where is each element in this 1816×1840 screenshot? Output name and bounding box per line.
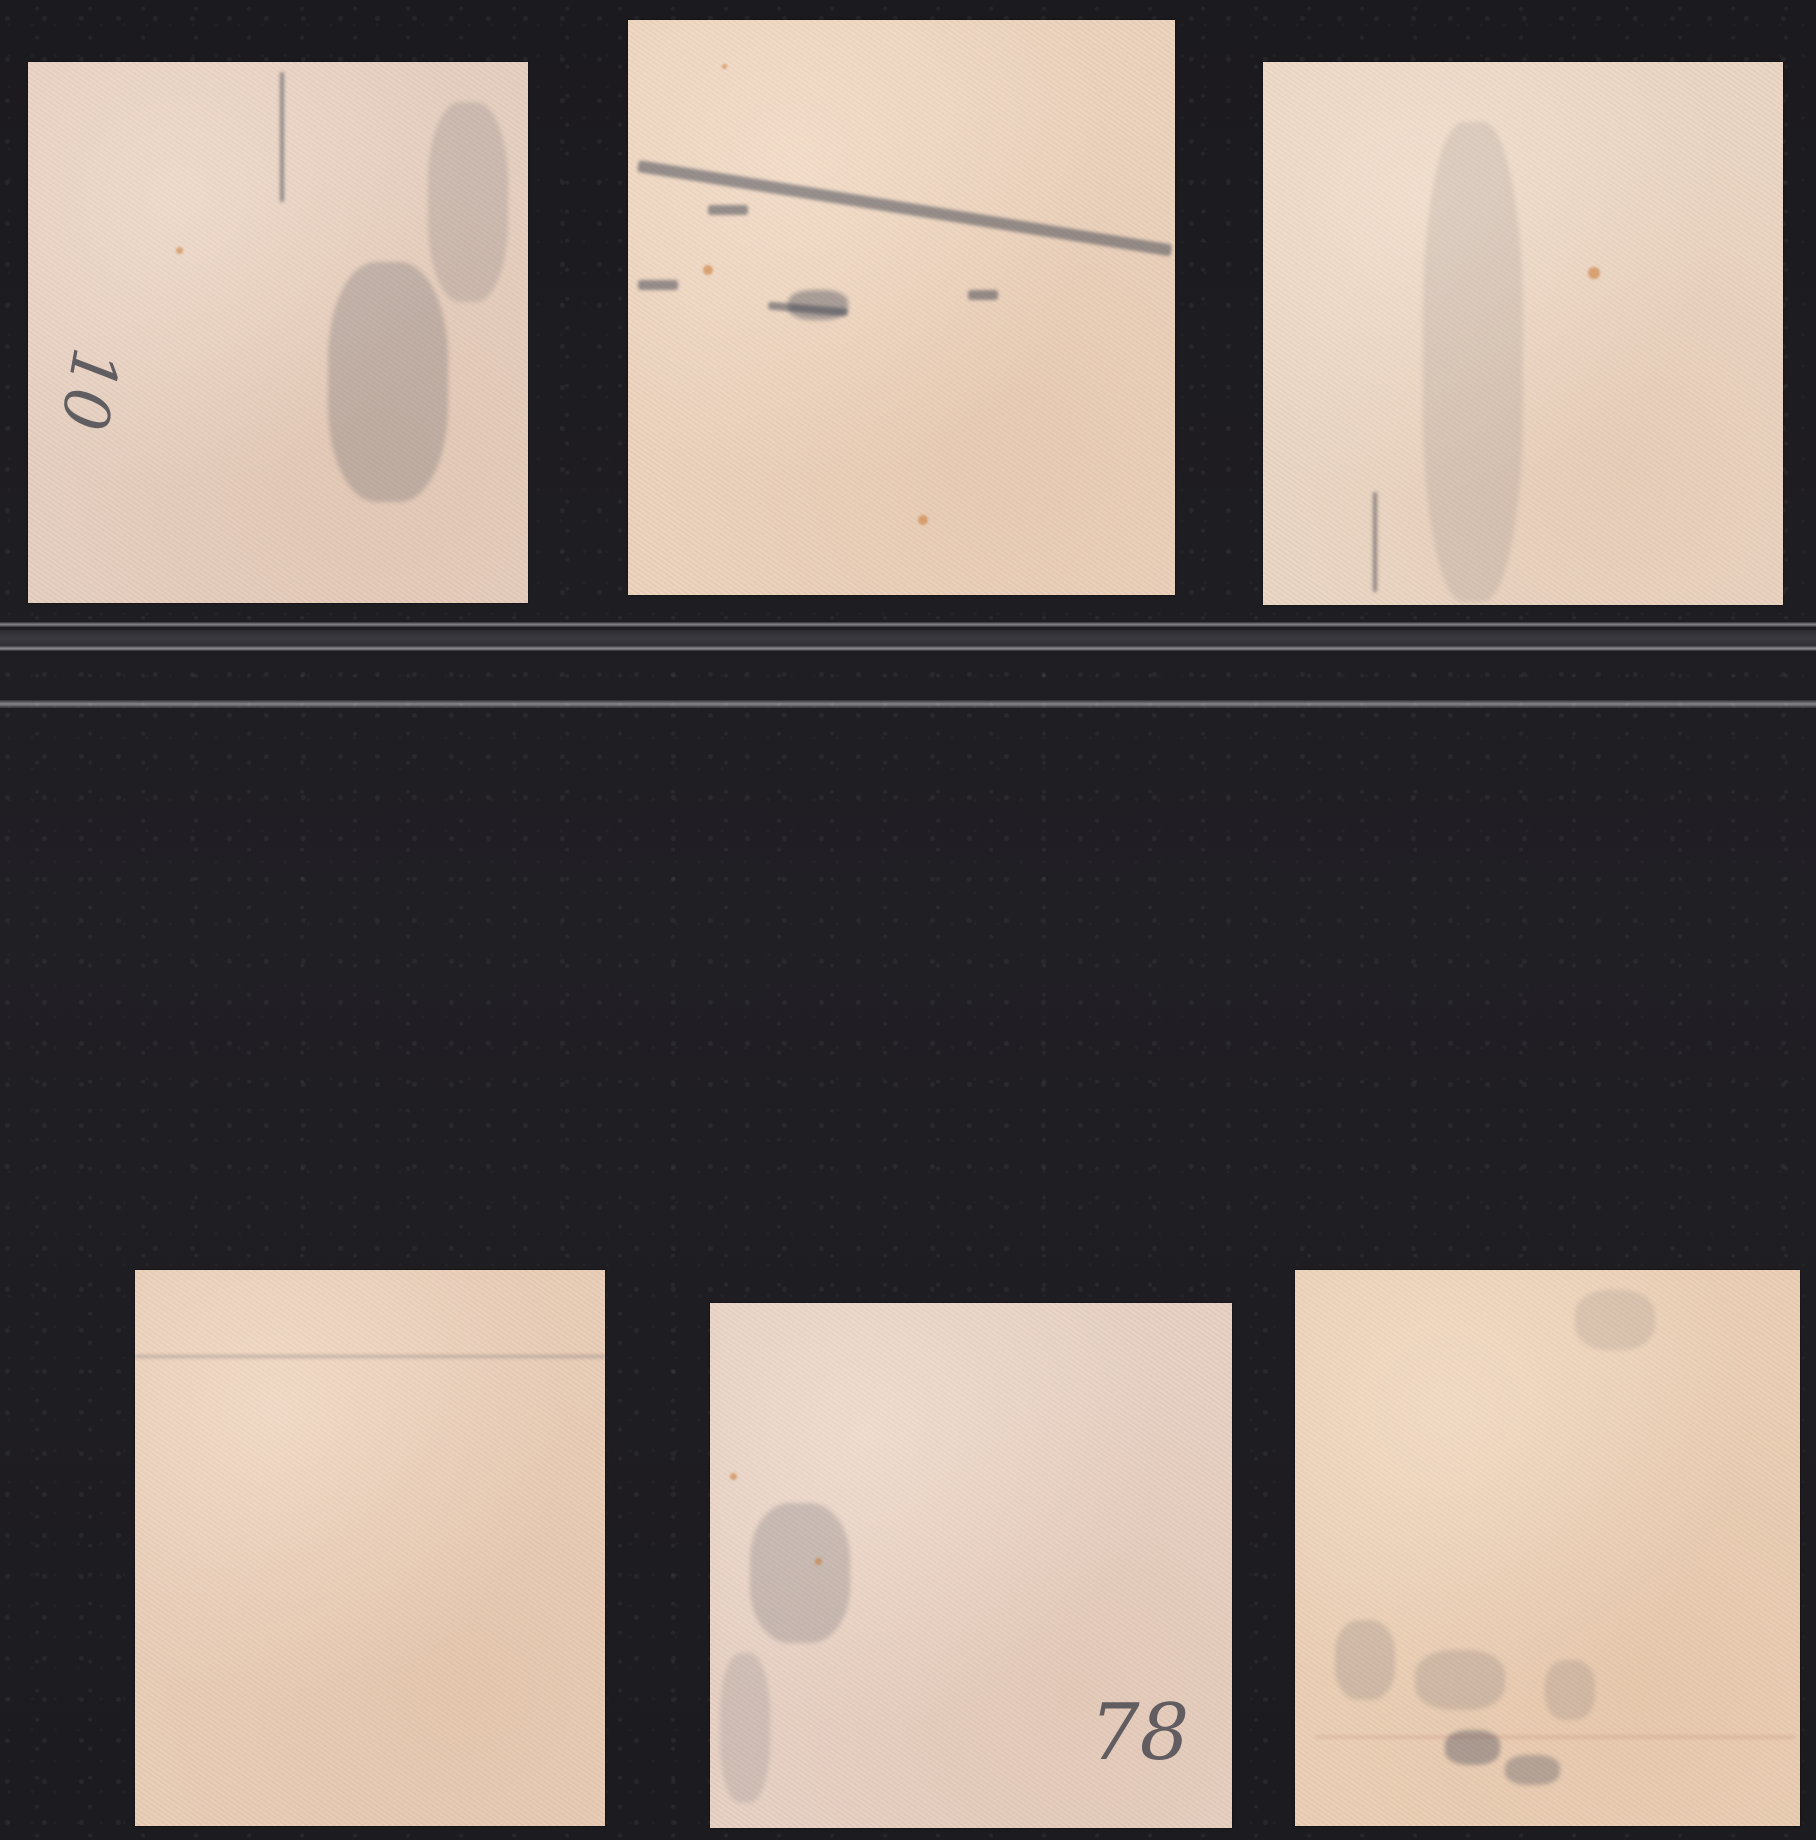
stamp-6 bbox=[1295, 1270, 1800, 1826]
pencil-note: 10 bbox=[45, 342, 132, 435]
glassine-strip-edge bbox=[0, 700, 1816, 708]
stamp-2 bbox=[628, 20, 1175, 595]
stamp-1: 10 bbox=[28, 62, 528, 603]
stamp-5: 78 bbox=[710, 1303, 1232, 1828]
glassine-strip-edge bbox=[0, 646, 1816, 651]
stamp-4 bbox=[135, 1270, 605, 1826]
glassine-strip-edge bbox=[0, 622, 1816, 627]
stamp-3 bbox=[1263, 62, 1783, 605]
pencil-note: 78 bbox=[1090, 1688, 1189, 1778]
